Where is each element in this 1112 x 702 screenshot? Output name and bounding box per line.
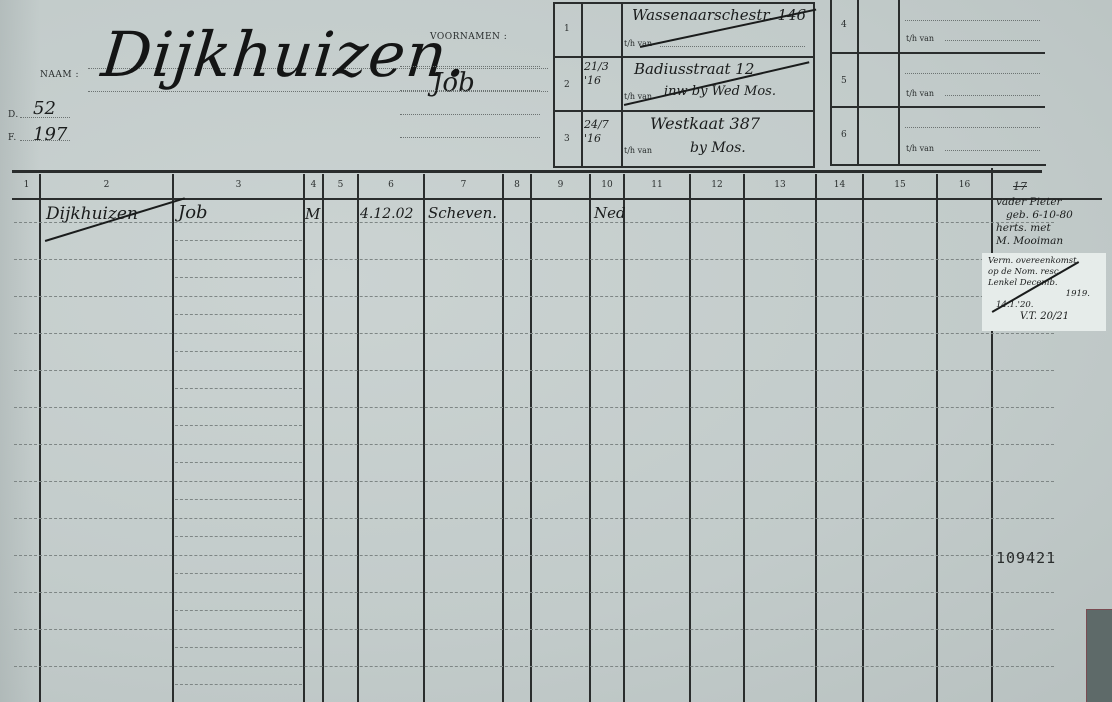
col-header-2: 2 xyxy=(41,180,172,190)
row-rule xyxy=(14,222,1054,223)
d-label: D. xyxy=(8,110,19,120)
row-subrule xyxy=(175,610,302,611)
addr-dotline-5b xyxy=(905,73,1040,74)
col-divider-7 xyxy=(502,174,504,702)
addr-thvan-4: t/h van xyxy=(906,34,934,43)
col-divider-8 xyxy=(530,174,532,702)
remarks-line-1: vader Pieter xyxy=(996,196,1073,209)
col-divider-12 xyxy=(743,174,745,702)
row-subrule xyxy=(175,240,302,241)
adjacent-card-edge xyxy=(1086,609,1112,702)
row-rule xyxy=(14,333,1054,334)
address-box-4-6 xyxy=(830,0,1046,166)
voornamen-dotline-3 xyxy=(400,114,540,115)
pasted-line-6: V.T. 20/21 xyxy=(988,311,1104,322)
f-label: F. xyxy=(8,133,17,143)
row-rule xyxy=(14,518,1054,519)
row-subrule xyxy=(175,573,302,574)
col-divider-5 xyxy=(357,174,359,702)
col-header-6: 6 xyxy=(359,180,423,190)
row-rule xyxy=(14,555,1054,556)
voornamen-dotline-1 xyxy=(400,66,540,67)
col-divider-1 xyxy=(39,174,41,702)
col-header-4: 4 xyxy=(305,180,322,190)
col-header-5: 5 xyxy=(324,180,357,190)
col-header-1: 1 xyxy=(14,180,39,190)
addr-thvan-3: t/h van xyxy=(624,146,652,155)
row-rule xyxy=(14,370,1054,371)
surname: Dijkhuizen. xyxy=(98,18,472,91)
addr-divider-date xyxy=(621,2,623,166)
addr-street-3: Westkaat 387 xyxy=(650,114,760,133)
col-header-9: 9 xyxy=(532,180,589,190)
addr-note-3: by Mos. xyxy=(690,140,746,156)
col-header-13: 13 xyxy=(745,180,815,190)
col-divider-11 xyxy=(689,174,691,702)
row-subrule xyxy=(175,536,302,537)
addr-divider-date-right xyxy=(898,0,900,164)
addr-street-1: Wassenaarschestr. 146 xyxy=(632,6,806,24)
cell-birthplace: Scheven. xyxy=(428,204,497,222)
col-header-7: 7 xyxy=(425,180,502,190)
addr-dotline-6b xyxy=(905,127,1040,128)
cell-nationality: Ned xyxy=(594,204,626,222)
row-rule xyxy=(14,481,1054,482)
f-dotline xyxy=(20,140,70,141)
cell-surname: Dijkhuizen xyxy=(46,204,138,224)
col-header-16: 16 xyxy=(938,180,991,190)
row-subrule xyxy=(175,462,302,463)
addr-num-4: 4 xyxy=(841,20,847,30)
row-subrule xyxy=(175,351,302,352)
row-subrule xyxy=(175,684,302,685)
row-rule xyxy=(14,666,1054,667)
col-header-10: 10 xyxy=(591,180,623,190)
row-subrule xyxy=(175,647,302,648)
given-name: Job xyxy=(432,68,475,98)
addr-num-3: 3 xyxy=(564,134,570,144)
col-divider-10 xyxy=(623,174,625,702)
naam-label: NAAM : xyxy=(40,70,79,80)
row-subrule xyxy=(175,499,302,500)
addr-thvan-6: t/h van xyxy=(906,144,934,153)
row-rule xyxy=(14,629,1054,630)
col-header-17: 17 xyxy=(1000,180,1040,193)
addr-street-2: Badiusstraat 12 xyxy=(634,60,754,78)
pasted-line-1: Verm. overeenkomst xyxy=(988,256,1104,267)
col-divider-15 xyxy=(936,174,938,702)
col-header-11: 11 xyxy=(625,180,689,190)
col-divider-4 xyxy=(322,174,324,702)
table-top-rule xyxy=(12,170,1042,173)
cell-sex: M xyxy=(305,205,320,223)
pasted-line-2: op de Nom. resc. xyxy=(988,267,1104,278)
naam-dotline-2 xyxy=(88,91,548,92)
col-divider-14 xyxy=(862,174,864,702)
f-value: 197 xyxy=(33,124,67,145)
d-dotline xyxy=(20,117,70,118)
voornamen-dotline-2 xyxy=(400,90,540,91)
col-divider-13 xyxy=(815,174,817,702)
row-rule xyxy=(14,296,1054,297)
addr-dotline-1 xyxy=(660,46,805,47)
cell-remarks: vader Pieter geb. 6-10-80 herts. met M. … xyxy=(996,196,1073,248)
addr-divider-num-right xyxy=(857,0,859,164)
addr-dotline-6 xyxy=(945,150,1040,151)
col-divider-16 xyxy=(991,168,993,702)
d-value: 52 xyxy=(33,98,56,119)
pasted-note: Verm. overeenkomst op de Nom. resc. Lenk… xyxy=(982,253,1106,331)
col-header-3: 3 xyxy=(174,180,303,190)
row-rule xyxy=(14,592,1054,593)
addr-num-2: 2 xyxy=(564,80,570,90)
addr-row-line-2 xyxy=(553,110,813,112)
archive-stamp-number: 109421 xyxy=(996,549,1056,567)
row-subrule xyxy=(175,388,302,389)
row-rule xyxy=(14,259,1054,260)
addr-dotline-5 xyxy=(945,95,1040,96)
row-rule xyxy=(14,444,1054,445)
addr-row-line-5 xyxy=(830,106,1045,108)
row-subrule xyxy=(175,277,302,278)
col-divider-2 xyxy=(172,174,174,702)
col-header-8: 8 xyxy=(504,180,530,190)
addr-num-5: 5 xyxy=(841,76,847,86)
cell-birthdate: 4.12.02 xyxy=(360,206,413,222)
addr-thvan-5: t/h van xyxy=(906,89,934,98)
remarks-line-3: herts. met xyxy=(996,222,1073,235)
row-subrule xyxy=(175,314,302,315)
addr-row-line-4 xyxy=(830,52,1045,54)
cell-given-name: Job xyxy=(178,202,208,223)
addr-row-line-1 xyxy=(553,56,813,58)
addr-num-1: 1 xyxy=(564,24,570,34)
row-rule xyxy=(14,407,1054,408)
addr-date-3: 24/7 '16 xyxy=(584,118,620,146)
col-header-15: 15 xyxy=(864,180,936,190)
addr-date-2: 21/3 '16 xyxy=(584,60,620,88)
row-subrule xyxy=(175,425,302,426)
addr-dotline-4b xyxy=(905,20,1040,21)
col-header-12: 12 xyxy=(691,180,743,190)
voornamen-label: VOORNAMEN : xyxy=(430,32,507,42)
col-divider-9 xyxy=(589,174,591,702)
col-divider-6 xyxy=(423,174,425,702)
addr-num-6: 6 xyxy=(841,130,847,140)
col-divider-3 xyxy=(303,174,305,702)
addr-divider-num xyxy=(581,2,583,166)
remarks-line-4: M. Mooiman xyxy=(996,235,1073,248)
voornamen-dotline-4 xyxy=(400,137,540,138)
addr-dotline-4 xyxy=(945,40,1040,41)
col-header-14: 14 xyxy=(817,180,862,190)
remarks-line-2: geb. 6-10-80 xyxy=(996,209,1073,222)
pasted-line-4: 1919. xyxy=(988,289,1104,300)
